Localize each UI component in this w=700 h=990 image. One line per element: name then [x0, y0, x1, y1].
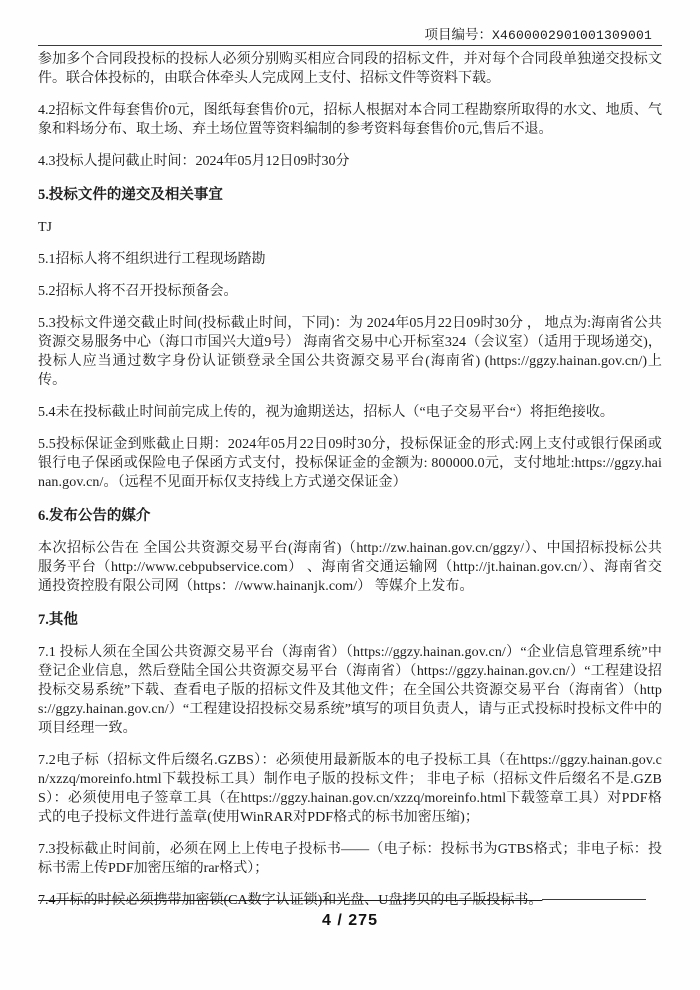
section-heading-6: 6.发布公告的媒介 — [38, 507, 662, 526]
paragraph-5-4: 5.4未在投标截止时间前完成上传的，视为逾期送达，招标人（“电子交易平台“）将拒… — [38, 403, 662, 422]
paragraph-5-3: 5.3投标文件递交截止时间(投标截止时间，下同)：为 2024年05月22日09… — [38, 314, 662, 390]
document-header: 项目编号：X4600002901001309001 — [38, 26, 662, 46]
paragraph-7-2: 7.2电子标（招标文件后缀名.GZBS）：必须使用最新版本的电子投标工具（在ht… — [38, 751, 662, 827]
section-heading-7: 7.其他 — [38, 611, 662, 630]
document-body: 参加多个合同段投标的投标人必须分别购买相应合同段的招标文件，并对每个合同段单独递… — [0, 50, 700, 930]
paragraph-7-4: 7.4开标的时候必须携带加密锁(CA数字认证锁)和光盘、U盘拷贝的电子版投标书。 — [38, 891, 662, 910]
paragraph-4-2: 4.2招标文件每套售价0元，图纸每套售价0元，招标人根据对本合同工程勘察所取得的… — [38, 101, 662, 139]
section-heading-5: 5.投标文件的递交及相关事宜 — [38, 186, 662, 205]
page-number: 4 / 275 — [38, 911, 662, 930]
paragraph-media: 本次招标公告在 全国公共资源交易平台(海南省)（http://zw.hainan… — [38, 539, 662, 596]
paragraph-7-1: 7.1 投标人须在全国公共资源交易平台（海南省）（https://ggzy.ha… — [38, 643, 662, 738]
paragraph-intro: 参加多个合同段投标的投标人必须分别购买相应合同段的招标文件，并对每个合同段单独递… — [38, 50, 662, 88]
paragraph-tj: TJ — [38, 218, 662, 237]
struck-text: 7.4开标的时候必须携带加密锁(CA数字认证锁)和光盘、U盘拷贝的电子版投标书。 — [38, 891, 542, 910]
document-page: 项目编号：X4600002901001309001 参加多个合同段投标的投标人必… — [0, 0, 700, 990]
paragraph-7-3: 7.3投标截止时间前，必须在网上上传电子投标书——（电子标：投标书为GTBS格式… — [38, 840, 662, 878]
paragraph-5-1: 5.1招标人将不组织进行工程现场踏勘 — [38, 250, 662, 269]
paragraph-5-2: 5.2招标人将不召开投标预备会。 — [38, 282, 662, 301]
paragraph-4-3: 4.3投标人提问截止时间：2024年05月12日09时30分 — [38, 152, 662, 171]
project-number-label: 项目编号： — [424, 27, 492, 42]
page-bottom-rule — [542, 899, 646, 900]
paragraph-5-5: 5.5投标保证金到账截止日期：2024年05月22日09时30分，投标保证金的形… — [38, 435, 662, 492]
project-number-value: X4600002901001309001 — [492, 28, 652, 43]
